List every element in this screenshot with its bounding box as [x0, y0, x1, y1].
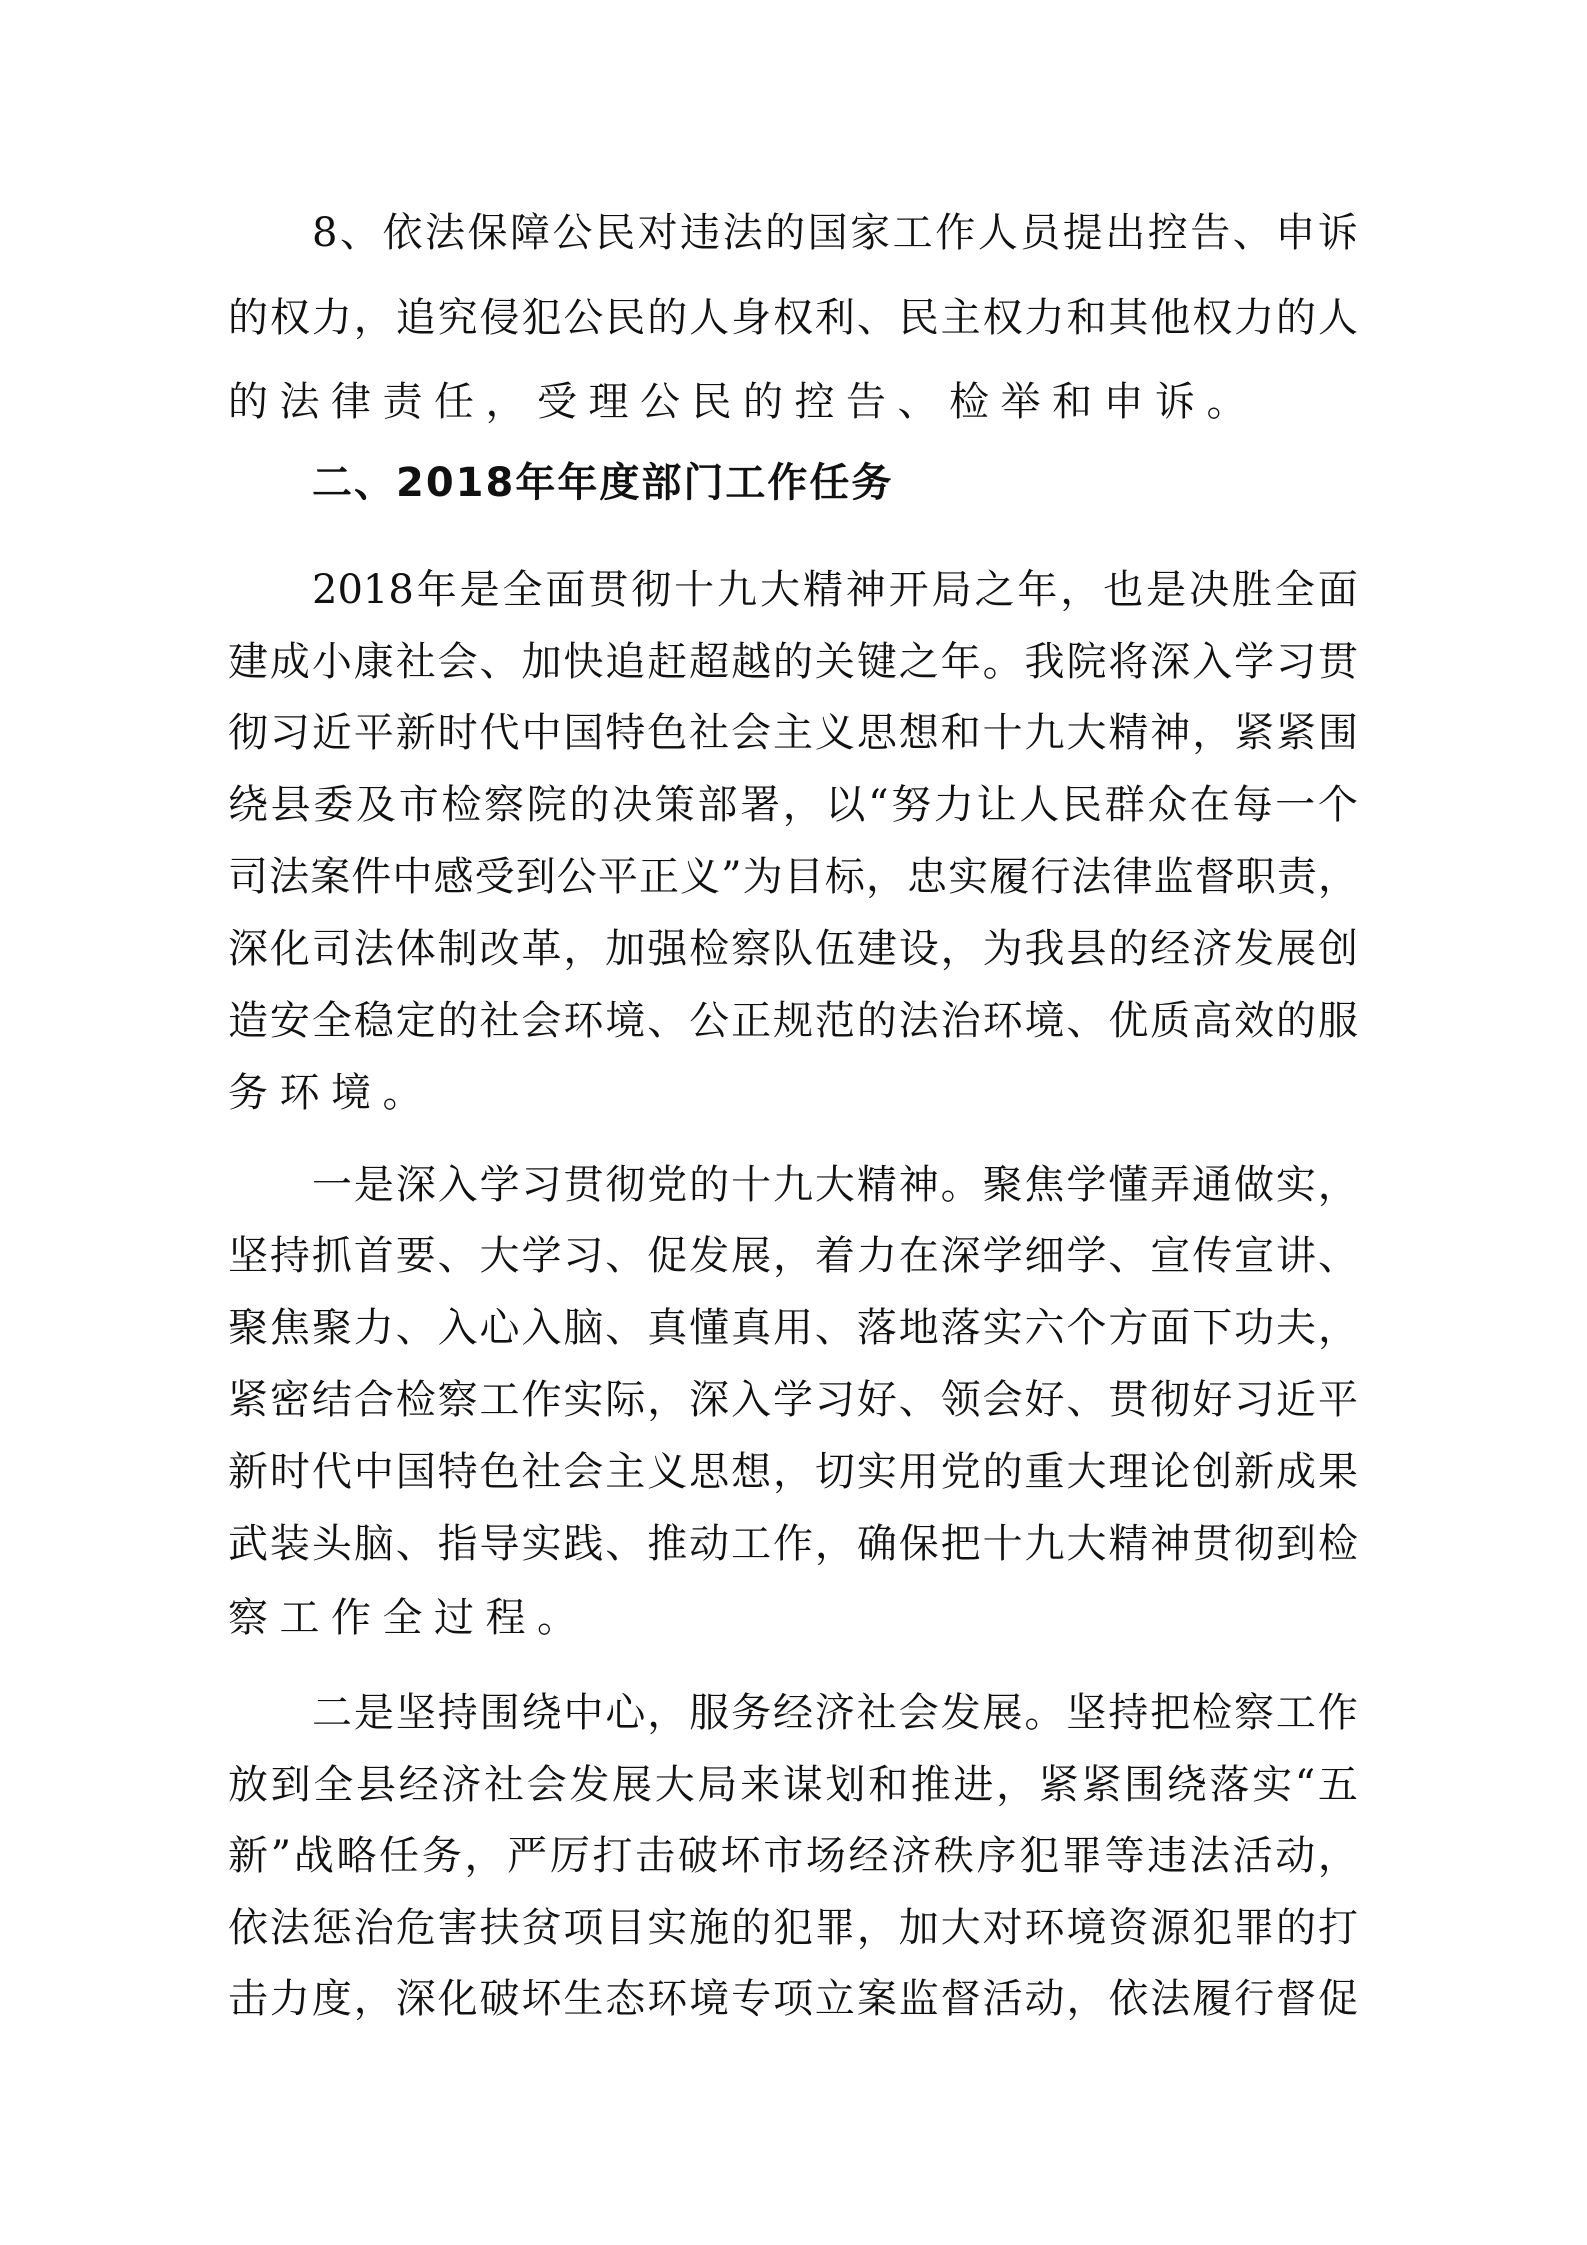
text-line: 察工作全过程。 — [228, 1588, 1358, 1648]
text-line: 一是深入学习贯彻党的十九大精神。聚焦学懂弄通做实， — [312, 1155, 1358, 1215]
text-line: 二是坚持围绕中心，服务经济社会发展。坚持把检察工作 — [312, 1683, 1358, 1743]
text-line: 新”战略任务，严厉打击破坏市场经济秩序犯罪等违法活动， — [228, 1826, 1358, 1886]
text-line: 彻习近平新时代中国特色社会主义思想和十九大精神，紧紧围 — [228, 703, 1358, 763]
text-line: 8、依法保障公民对违法的国家工作人员提出控告、申诉 — [312, 203, 1358, 263]
text-line: 建成小康社会、加快追赶超越的关键之年。我院将深入学习贯 — [228, 632, 1358, 692]
document-page: 8、依法保障公民对违法的国家工作人员提出控告、申诉 的权力，追究侵犯公民的人身权… — [0, 0, 1587, 2245]
section-heading: 二、2018年年度部门工作任务 — [312, 453, 893, 513]
text-line: 武装头脑、指导实践、推动工作，确保把十九大精神贯彻到检 — [228, 1514, 1358, 1574]
text-line: 击力度，深化破坏生态环境专项立案监督活动，依法履行督促 — [228, 1969, 1358, 2029]
text-line: 依法惩治危害扶贫项目实施的犯罪，加大对环境资源犯罪的打 — [228, 1898, 1358, 1958]
text-line: 务环境。 — [228, 1063, 1358, 1123]
text-line: 放到全县经济社会发展大局来谋划和推进，紧紧围绕落实“五 — [228, 1755, 1358, 1815]
text-line: 聚焦聚力、入心入脑、真懂真用、落地落实六个方面下功夫， — [228, 1298, 1358, 1358]
text-line: 的权力，追究侵犯公民的人身权利、民主权力和其他权力的人 — [228, 288, 1358, 348]
text-line: 新时代中国特色社会主义思想，切实用党的重大理论创新成果 — [228, 1442, 1358, 1502]
text-line: 司法案件中感受到公平正义”为目标，忠实履行法律监督职责， — [228, 847, 1358, 907]
text-line: 坚持抓首要、大学习、促发展，着力在深学细学、宣传宣讲、 — [228, 1226, 1358, 1286]
text-line: 的法律责任，受理公民的控告、检举和申诉。 — [228, 372, 1358, 432]
text-line: 绕县委及市检察院的决策部署，以“努力让人民群众在每一个 — [228, 775, 1358, 835]
text-line: 2018年是全面贯彻十九大精神开局之年，也是决胜全面 — [312, 560, 1358, 620]
text-line: 紧密结合检察工作实际，深入学习好、领会好、贯彻好习近平 — [228, 1370, 1358, 1430]
text-line: 深化司法体制改革，加强检察队伍建设，为我县的经济发展创 — [228, 919, 1358, 979]
text-line: 造安全稳定的社会环境、公正规范的法治环境、优质高效的服 — [228, 991, 1358, 1051]
